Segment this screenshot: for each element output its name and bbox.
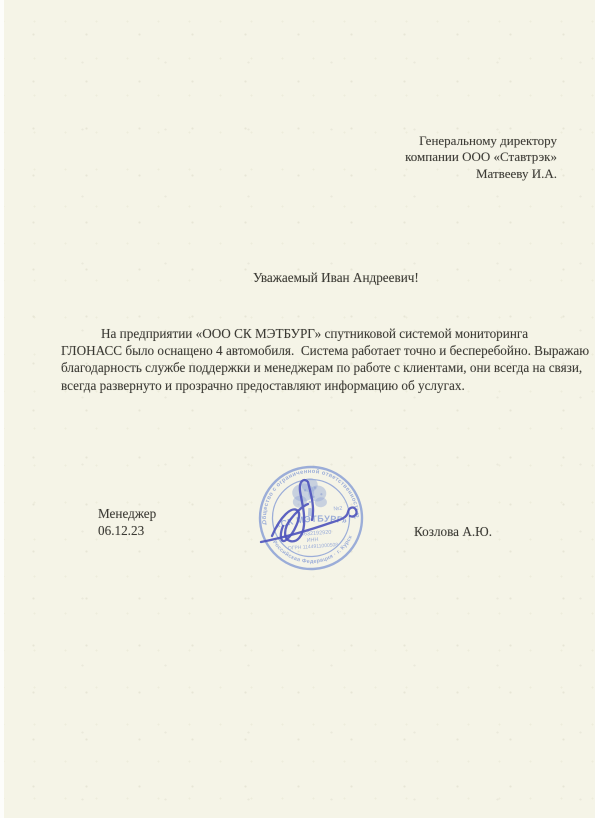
signoff-name: Козлова А.Ю.: [414, 524, 492, 540]
signoff-position: Менеджер: [98, 505, 156, 522]
body-line-3: благодарность службе поддержки и менедже…: [61, 359, 561, 376]
body-line-1: На предприятии «ООО СК МЭТБУРГ» спутнико…: [61, 325, 561, 342]
scan-edge-strip: [0, 0, 4, 818]
letter-body: На предприятии «ООО СК МЭТБУРГ» спутнико…: [61, 325, 561, 394]
signature-flourish: [261, 508, 357, 542]
recipient-line-1: Генеральному директору: [405, 133, 557, 149]
recipient-line-3: Матвееву И.А.: [405, 166, 557, 182]
scanned-letter-page: Генеральному директору компании ООО «Ста…: [0, 0, 595, 818]
signature-lead-stroke: [308, 482, 313, 520]
signoff-block: Менеджер 06.12.23: [98, 505, 156, 540]
salutation: Уважаемый Иван Андреевич!: [253, 270, 419, 286]
recipient-line-2: компании ООО «Ставтрэк»: [405, 149, 557, 165]
recipient-block: Генеральному директору компании ООО «Ста…: [405, 133, 557, 182]
body-line-4: всегда развернуто и прозрачно предоставл…: [61, 377, 561, 394]
body-line-2: ГЛОНАСС было оснащено 4 автомобиля. Сист…: [61, 342, 561, 359]
handwritten-signature: [252, 470, 367, 550]
signoff-date: 06.12.23: [98, 522, 156, 539]
